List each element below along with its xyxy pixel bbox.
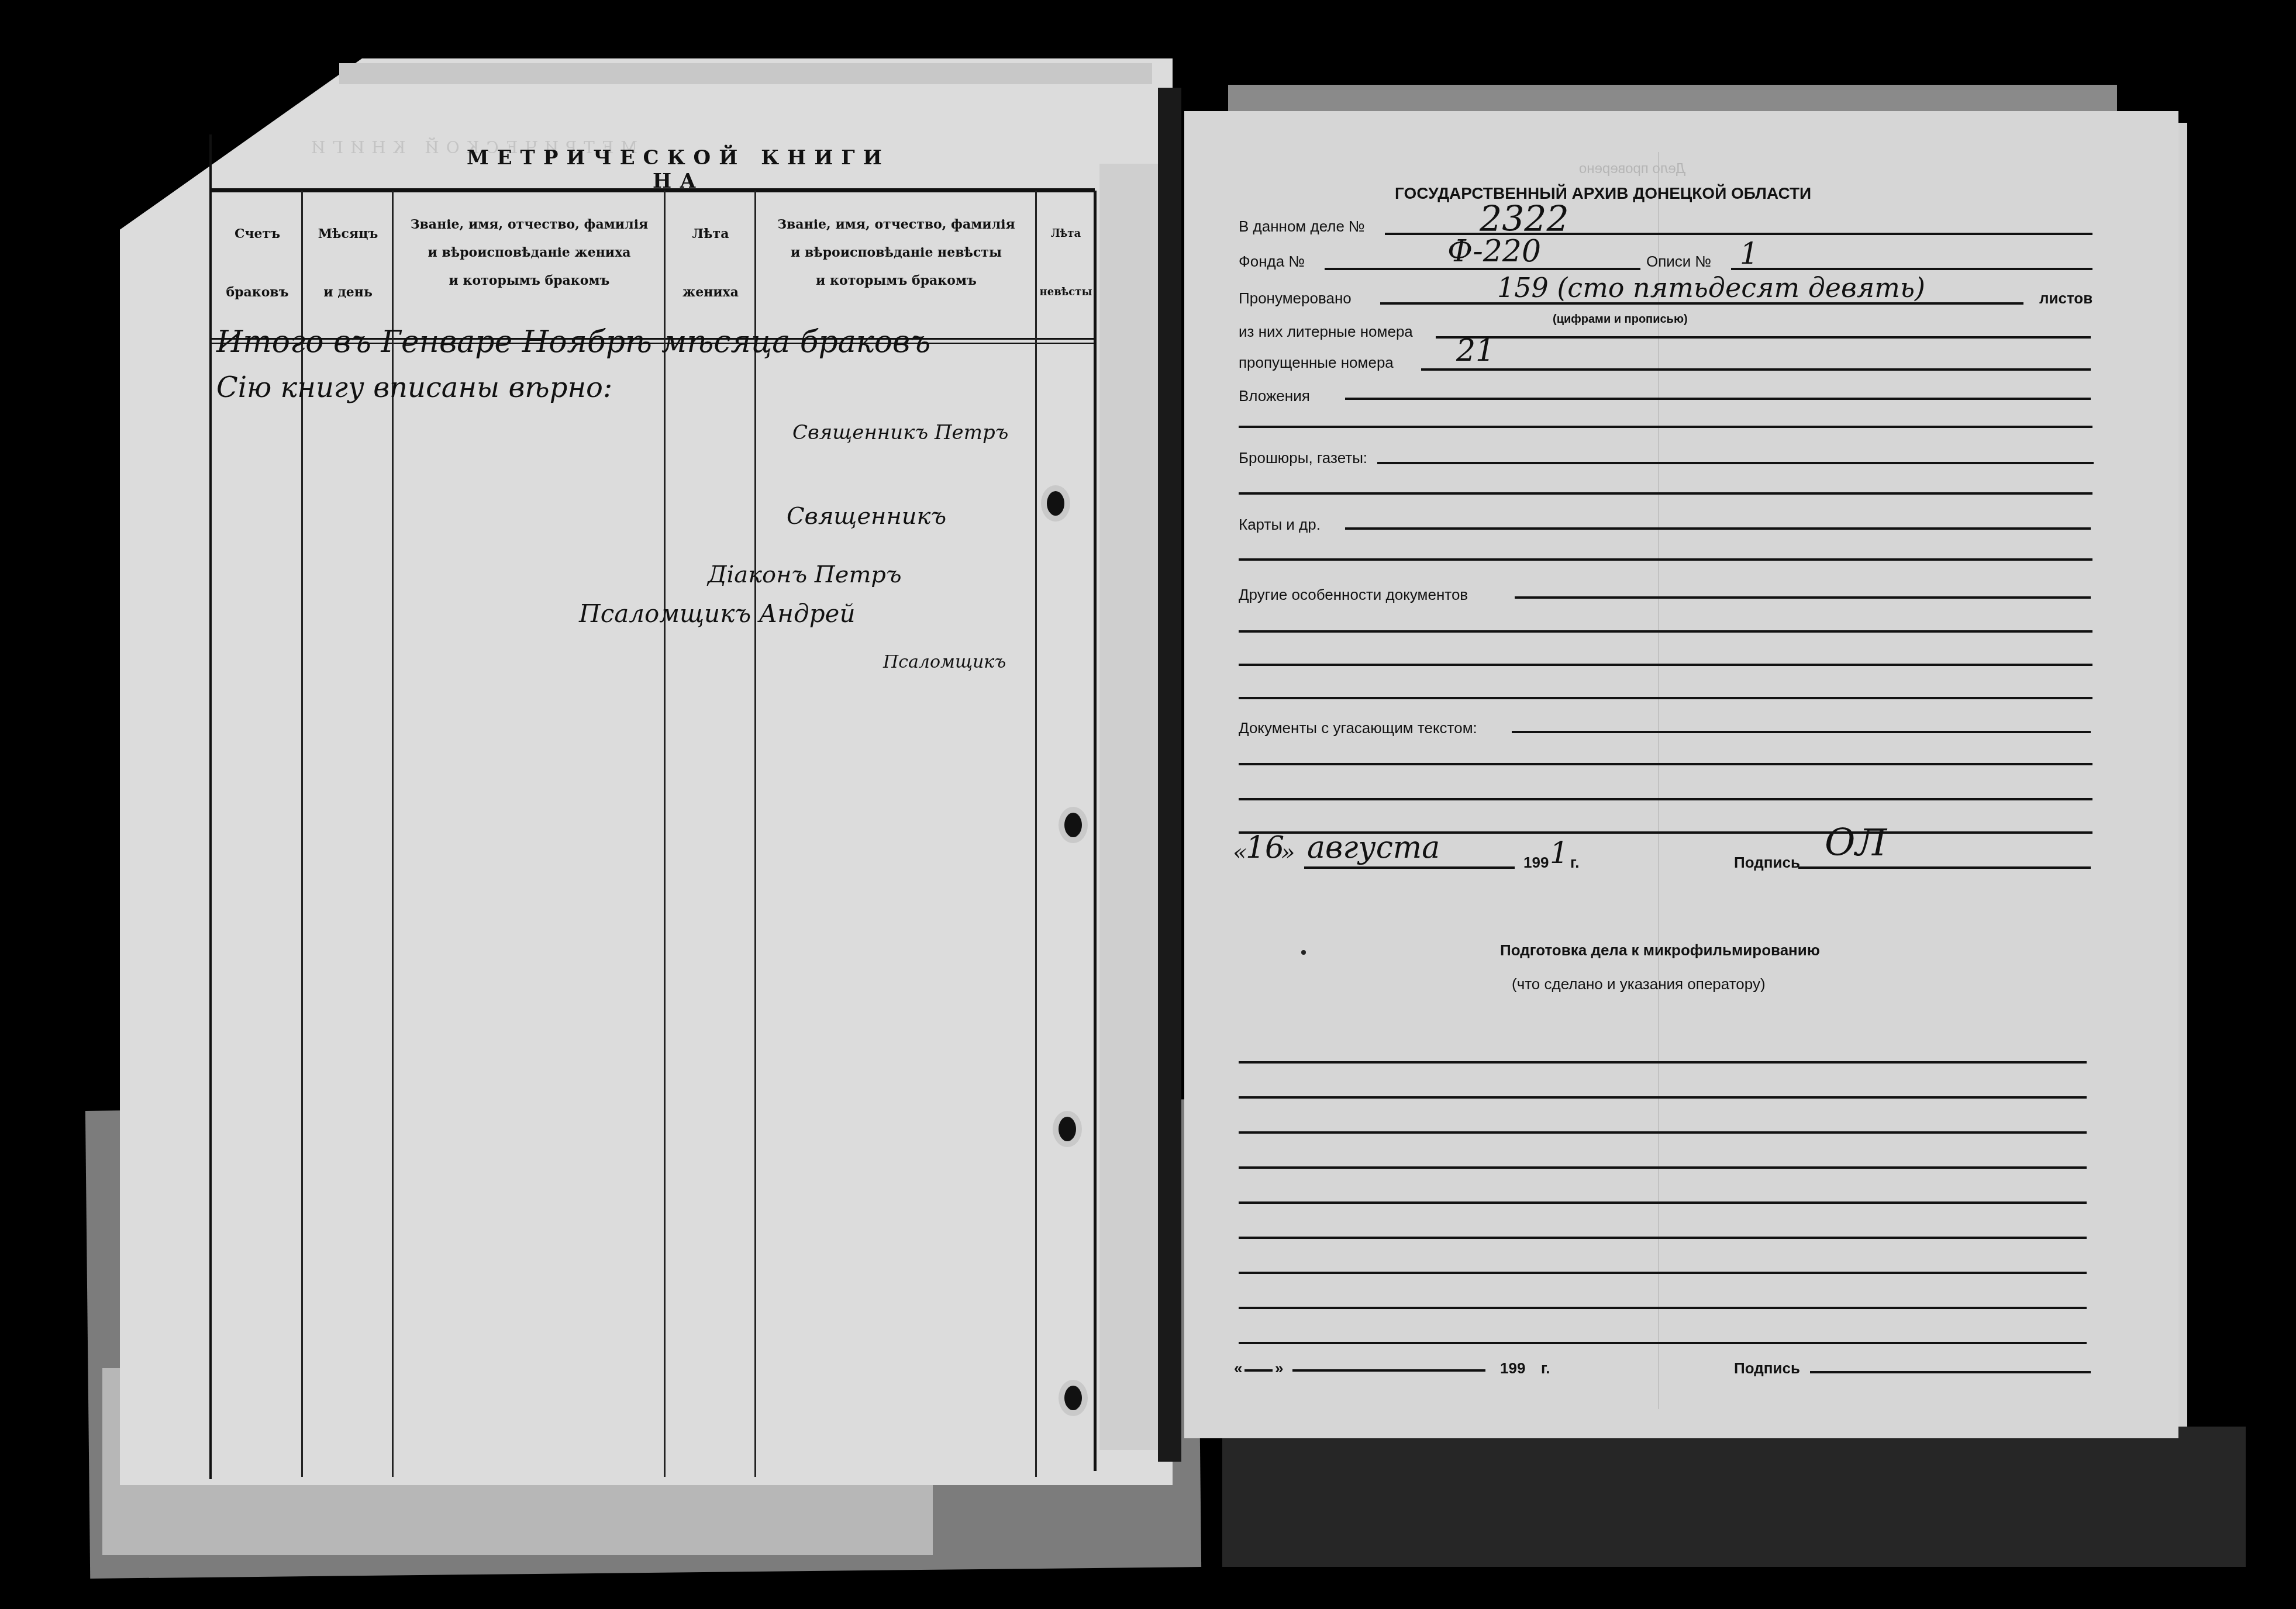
column-header-bride: Званіе, имя, отчество, фамилія и вѣроисп… xyxy=(757,210,1035,295)
close-quote: » xyxy=(1281,839,1295,866)
opis-value: 1 xyxy=(1740,237,1759,271)
year-prefix: 199 xyxy=(1523,854,1549,872)
page-top-edge xyxy=(339,63,1152,84)
bottom-open-quote: « xyxy=(1234,1359,1242,1377)
page-binding-margin xyxy=(1099,164,1158,1450)
left-page-frame-line xyxy=(209,134,212,1479)
column-header-bride-age: Лѣта невѣсты xyxy=(1038,216,1094,310)
date-day: 16 xyxy=(1246,830,1284,865)
binding-hole xyxy=(1064,813,1082,837)
bottom-day-line xyxy=(1244,1369,1273,1372)
binding-hole xyxy=(1059,1117,1076,1141)
attachments-label: Вложения xyxy=(1239,387,1310,405)
column-divider xyxy=(754,191,756,1477)
other-features-line xyxy=(1515,596,2091,599)
bottom-year: 199 xyxy=(1500,1359,1525,1377)
year-suffix: г. xyxy=(1570,854,1579,872)
instruction-line xyxy=(1239,1307,2087,1309)
column-header-groom-age: Лѣта жениха xyxy=(667,216,754,310)
bottom-month-line xyxy=(1292,1369,1485,1372)
book-spine xyxy=(1158,88,1181,1462)
column-header-marriage-count: Счетъ браковъ xyxy=(213,216,301,310)
register-title: МЕТРИЧЕСКОЙ КНИГИ НА xyxy=(456,146,901,193)
folder-cover-bottom xyxy=(1222,1427,2246,1567)
sheet-fold-line xyxy=(1658,152,1659,1409)
numbered-hint: (цифрами и прописью) xyxy=(1553,313,1688,326)
letter-numbers-line xyxy=(1436,336,2091,339)
maps-label: Карты и др. xyxy=(1239,516,1321,534)
handwritten-total-line: Итого въ Генваре Ноябрѣ мѣсяца браковъ xyxy=(216,324,930,360)
opis-line xyxy=(1731,268,2092,270)
signature-priest-2: Священникъ xyxy=(787,503,946,530)
numbered-value: 159 (сто пятьдесят девять) xyxy=(1497,272,1925,303)
speck xyxy=(1301,950,1306,955)
sheets-suffix: листов xyxy=(2039,289,2092,308)
bottom-close-quote: » xyxy=(1275,1359,1283,1377)
fond-value: Ф-220 xyxy=(1447,234,1541,269)
instruction-line xyxy=(1239,1131,2087,1134)
case-number-label: В данном деле № xyxy=(1239,217,1365,236)
fading-text-line-2 xyxy=(1239,763,2092,765)
opis-label: Описи № xyxy=(1646,253,1711,271)
archive-header: ГОСУДАРСТВЕННЫЙ АРХИВ ДОНЕЦКОЙ ОБЛАСТИ xyxy=(1395,184,1811,203)
other-features-line-4 xyxy=(1239,697,2092,699)
instruction-line xyxy=(1239,1166,2087,1169)
instruction-line xyxy=(1239,1096,2087,1099)
attachments-line-2 xyxy=(1239,426,2092,428)
brochures-line-2 xyxy=(1239,492,2092,495)
column-header-groom: Званіе, имя, отчество, фамилія и вѣроисп… xyxy=(395,210,664,295)
fading-text-label: Документы с угасающим текстом: xyxy=(1239,719,1477,737)
maps-line xyxy=(1345,527,2091,530)
table-top-rule xyxy=(212,188,1095,192)
date-month: августа xyxy=(1307,830,1440,865)
year-handwritten-digit: 1 xyxy=(1550,836,1568,870)
bottom-signature-line xyxy=(1810,1371,2091,1373)
brochures-label: Брошюры, газеты: xyxy=(1239,449,1367,467)
maps-line-2 xyxy=(1239,558,2092,561)
instruction-line xyxy=(1239,1272,2087,1274)
bottom-signature-label: Подпись xyxy=(1734,1359,1800,1377)
archive-record-sheet xyxy=(1184,111,2178,1438)
open-quote: « xyxy=(1233,839,1247,866)
missed-numbers-label: пропущенные номера xyxy=(1239,354,1394,372)
column-divider xyxy=(1094,191,1097,1471)
microfilm-subtitle: (что сделано и указания оператору) xyxy=(1512,975,1766,993)
date-month-line xyxy=(1304,866,1515,869)
instruction-line xyxy=(1239,1061,2087,1064)
signature-label: Подпись xyxy=(1734,854,1800,872)
signature-line xyxy=(1798,866,2091,869)
other-features-line-2 xyxy=(1239,630,2092,633)
fading-text-line-3 xyxy=(1239,798,2092,800)
column-divider xyxy=(664,191,666,1477)
attachments-line xyxy=(1345,398,2091,400)
missed-numbers-value: 21 xyxy=(1456,333,1495,368)
signature-psalmist: Псаломщикъ Андрей xyxy=(579,599,855,628)
microfilm-title: Подготовка дела к микрофильмированию xyxy=(1500,941,1820,959)
bleed-through-stamp: Дело проверено xyxy=(1579,161,1685,177)
binding-hole xyxy=(1047,491,1064,516)
binding-hole xyxy=(1064,1386,1082,1410)
instruction-line xyxy=(1239,1342,2087,1344)
signature-deacon: Діаконъ Петръ xyxy=(708,561,902,588)
column-header-month-day: Мѣсяцъ и день xyxy=(304,216,392,310)
handwritten-certification-line: Сію книгу вписаны вѣрно: xyxy=(216,371,612,404)
signature-priest-1: Священникъ Петръ xyxy=(792,421,1008,444)
instruction-line xyxy=(1239,1201,2087,1204)
fading-text-line xyxy=(1512,731,2091,733)
other-features-line-3 xyxy=(1239,664,2092,666)
signature-value: OЛ xyxy=(1825,821,1887,865)
signature-psalmist-2: Псаломщикъ xyxy=(883,652,1006,672)
fond-label: Фонда № xyxy=(1239,253,1305,271)
brochures-line xyxy=(1377,462,2094,464)
other-features-label: Другие особенности документов xyxy=(1239,586,1468,604)
numbered-label: Пронумеровано xyxy=(1239,289,1352,308)
letter-numbers-label: из них литерные номера xyxy=(1239,323,1413,341)
column-divider xyxy=(1035,191,1037,1477)
missed-numbers-line xyxy=(1421,368,2091,371)
bottom-year-suffix: г. xyxy=(1541,1359,1550,1377)
instruction-line xyxy=(1239,1237,2087,1239)
